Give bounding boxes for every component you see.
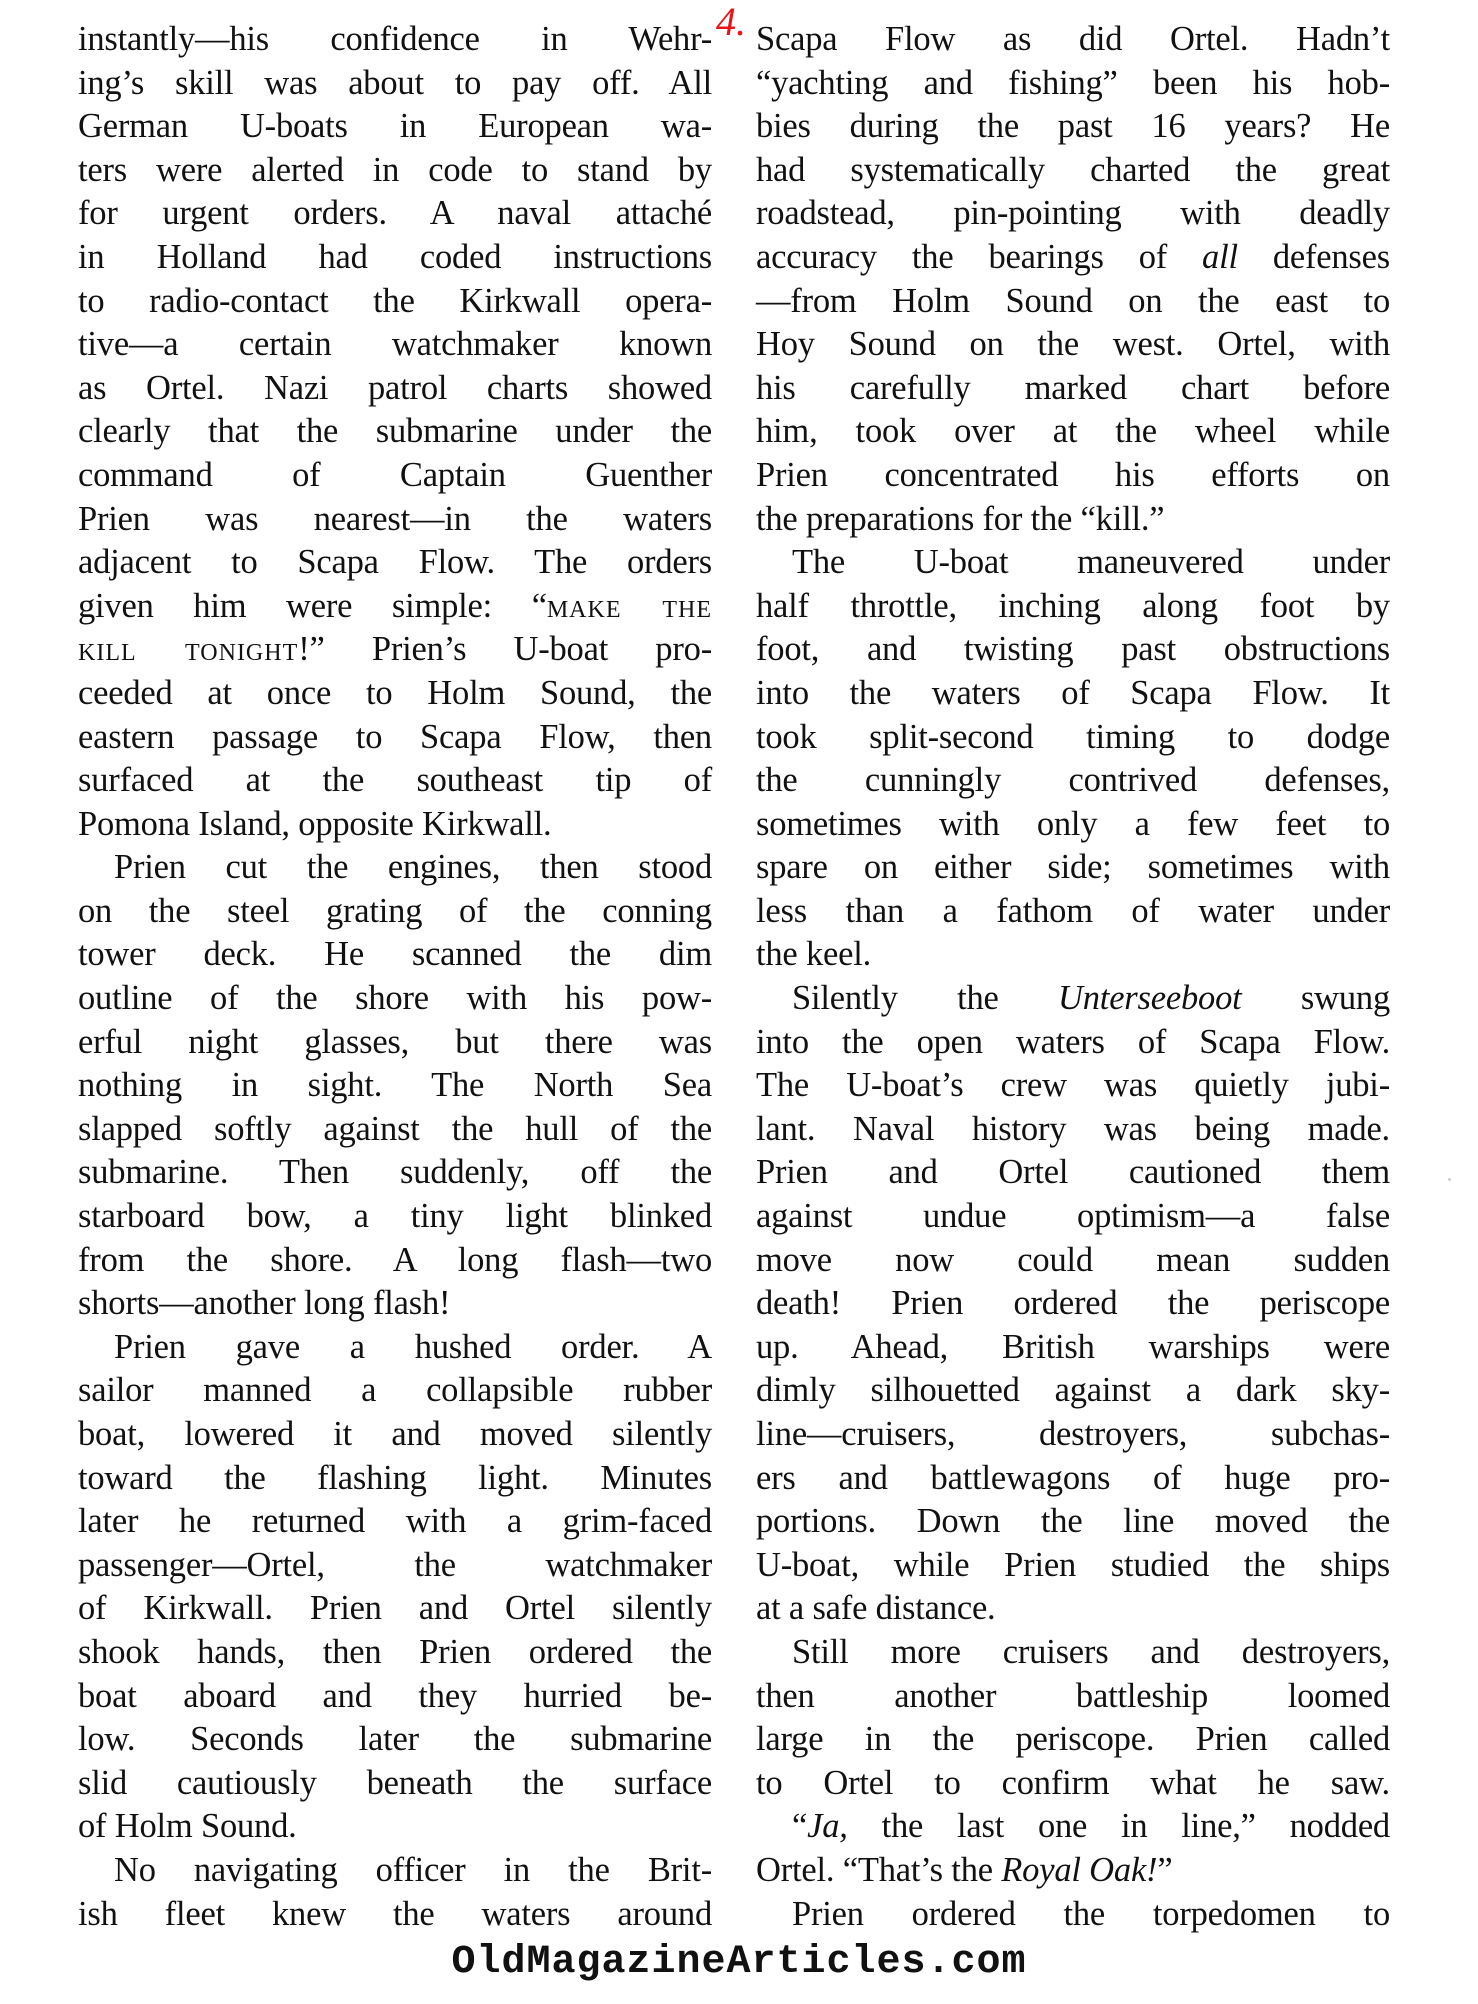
text-line: of Holm Sound. [78, 1805, 712, 1849]
text-line: outline of the shore with his pow- [78, 977, 712, 1021]
line-text: swung [1242, 979, 1390, 1017]
text-line: given him were simple: “make the [78, 585, 712, 629]
text-line: to radio-contact the Kirkwall opera- [78, 280, 712, 324]
text-line: boat aboard and they hurried be- [78, 1675, 712, 1719]
text-line: dimly silhouetted against a dark sky- [756, 1369, 1390, 1413]
text-line: “yachting and fishing” been his hob- [756, 62, 1390, 106]
text-line: half throttle, inching along foot by [756, 585, 1390, 629]
text-line: boat, lowered it and moved silently [78, 1413, 712, 1457]
text-line: eastern passage to Scapa Flow, then [78, 716, 712, 760]
text-line: surfaced at the southeast tip of [78, 759, 712, 803]
text-line: death! Prien ordered the periscope [756, 1282, 1390, 1326]
text-line: tive—a certain watchmaker known [78, 323, 712, 367]
watermark[interactable]: OldMagazineArticles.com [0, 1940, 1478, 1985]
text-line: sailor manned a collapsible rubber [78, 1369, 712, 1413]
text-line: German U-boats in European wa- [78, 105, 712, 149]
text-line: large in the periscope. Prien called [756, 1718, 1390, 1762]
text-line: into the waters of Scapa Flow. It [756, 672, 1390, 716]
text-line: Pomona Island, opposite Kirkwall. [78, 803, 712, 847]
text-line: shorts—another long flash! [78, 1282, 712, 1326]
text-line: on the steel grating of the conning [78, 890, 712, 934]
text-line: into the open waters of Scapa Flow. [756, 1021, 1390, 1065]
text-line: Silently the Unterseeboot swung [756, 977, 1390, 1021]
line-text: defenses [1238, 238, 1390, 276]
text-line: up. Ahead, British warships were [756, 1326, 1390, 1370]
text-line: later he returned with a grim-faced [78, 1500, 712, 1544]
text-line: The U-boat’s crew was quietly jubi- [756, 1064, 1390, 1108]
text-line: erful night glasses, but there was [78, 1021, 712, 1065]
line-text: the last one in line,” nodded [848, 1807, 1390, 1845]
text-line: ceeded at once to Holm Sound, the [78, 672, 712, 716]
text-line: Prien concentrated his efforts on [756, 454, 1390, 498]
text-line: Prien gave a hushed order. A [78, 1326, 712, 1370]
italic-text: Royal Oak! [1001, 1851, 1157, 1889]
line-text: Ortel. “That’s the [756, 1851, 1001, 1889]
text-line: of Kirkwall. Prien and Ortel silently [78, 1587, 712, 1631]
line-text: ” [1157, 1851, 1172, 1889]
page-number: 4. [716, 2, 746, 42]
text-line: Prien ordered the torpedomen to [756, 1893, 1390, 1937]
text-line: No navigating officer in the Brit- [78, 1849, 712, 1893]
text-line: adjacent to Scapa Flow. The orders [78, 541, 712, 585]
text-line: shook hands, then Prien ordered the [78, 1631, 712, 1675]
text-line: instantly—his confidence in Wehr- [78, 18, 712, 62]
text-line: accuracy the bearings of all defenses [756, 236, 1390, 280]
text-line: Prien was nearest—in the waters [78, 498, 712, 542]
text-line: ish fleet knew the waters around [78, 1893, 712, 1937]
text-line: spare on either side; sometimes with [756, 846, 1390, 890]
text-line: “Ja, the last one in line,” nodded [756, 1805, 1390, 1849]
line-text: !” Prien’s U-boat pro- [298, 630, 712, 668]
text-line: to Ortel to confirm what he saw. [756, 1762, 1390, 1806]
text-line: less than a fathom of water under [756, 890, 1390, 934]
text-line: in Holland had coded instructions [78, 236, 712, 280]
text-line: his carefully marked chart before [756, 367, 1390, 411]
text-line: Hoy Sound on the west. Ortel, with [756, 323, 1390, 367]
text-line: Still more cruisers and destroyers, [756, 1631, 1390, 1675]
text-line: lant. Naval history was being made. [756, 1108, 1390, 1152]
text-line: Prien cut the engines, then stood [78, 846, 712, 890]
text-line: portions. Down the line moved the [756, 1500, 1390, 1544]
text-line: at a safe distance. [756, 1587, 1390, 1631]
line-text: given him were simple: “ [78, 587, 547, 625]
text-line: sometimes with only a few feet to [756, 803, 1390, 847]
left-column: instantly—his confidence in Wehr-ing’s s… [78, 18, 712, 1936]
text-line: from the shore. A long flash—two [78, 1239, 712, 1283]
text-line: the preparations for the “kill.” [756, 498, 1390, 542]
italic-text: Ja, [807, 1807, 848, 1845]
paper-speck [1448, 1178, 1451, 1181]
text-line: kill tonight!” Prien’s U-boat pro- [78, 628, 712, 672]
text-line: Ortel. “That’s the Royal Oak!” [756, 1849, 1390, 1893]
text-line: took split-second timing to dodge [756, 716, 1390, 760]
text-line: U-boat, while Prien studied the ships [756, 1544, 1390, 1588]
text-line: starboard bow, a tiny light blinked [78, 1195, 712, 1239]
text-line: ters were alerted in code to stand by [78, 149, 712, 193]
line-text: Silently the [792, 979, 1058, 1017]
text-line: ing’s skill was about to pay off. All [78, 62, 712, 106]
text-line: for urgent orders. A naval attaché [78, 192, 712, 236]
text-line: low. Seconds later the submarine [78, 1718, 712, 1762]
line-text: accuracy the bearings of [756, 238, 1202, 276]
text-line: submarine. Then suddenly, off the [78, 1151, 712, 1195]
text-line: command of Captain Guenther [78, 454, 712, 498]
text-line: passenger—Ortel, the watchmaker [78, 1544, 712, 1588]
text-line: slapped softly against the hull of the [78, 1108, 712, 1152]
italic-text: Unterseeboot [1058, 979, 1241, 1017]
text-line: foot, and twisting past obstructions [756, 628, 1390, 672]
line-text: “ [792, 1807, 807, 1845]
text-line: line—cruisers, destroyers, subchas- [756, 1413, 1390, 1457]
text-line: ers and battlewagons of huge pro- [756, 1457, 1390, 1501]
text-line: had systematically charted the great [756, 149, 1390, 193]
text-line: then another battleship loomed [756, 1675, 1390, 1719]
text-line: roadstead, pin-pointing with deadly [756, 192, 1390, 236]
small-caps-text: kill tonight [78, 630, 298, 668]
text-line: as Ortel. Nazi patrol charts showed [78, 367, 712, 411]
text-line: move now could mean sudden [756, 1239, 1390, 1283]
text-line: toward the flashing light. Minutes [78, 1457, 712, 1501]
text-line: Scapa Flow as did Ortel. Hadn’t [756, 18, 1390, 62]
text-line: him, took over at the wheel while [756, 410, 1390, 454]
text-line: Prien and Ortel cautioned them [756, 1151, 1390, 1195]
right-column: Scapa Flow as did Ortel. Hadn’t“yachting… [756, 18, 1390, 1936]
text-line: the keel. [756, 933, 1390, 977]
text-line: slid cautiously beneath the surface [78, 1762, 712, 1806]
text-line: —from Holm Sound on the east to [756, 280, 1390, 324]
italic-text: all [1202, 238, 1238, 276]
small-caps-text: make the [547, 587, 712, 625]
text-line: tower deck. He scanned the dim [78, 933, 712, 977]
text-line: bies during the past 16 years? He [756, 105, 1390, 149]
text-line: The U-boat maneuvered under [756, 541, 1390, 585]
text-line: against undue optimism—a false [756, 1195, 1390, 1239]
text-line: clearly that the submarine under the [78, 410, 712, 454]
text-line: the cunningly contrived defenses, [756, 759, 1390, 803]
text-line: nothing in sight. The North Sea [78, 1064, 712, 1108]
